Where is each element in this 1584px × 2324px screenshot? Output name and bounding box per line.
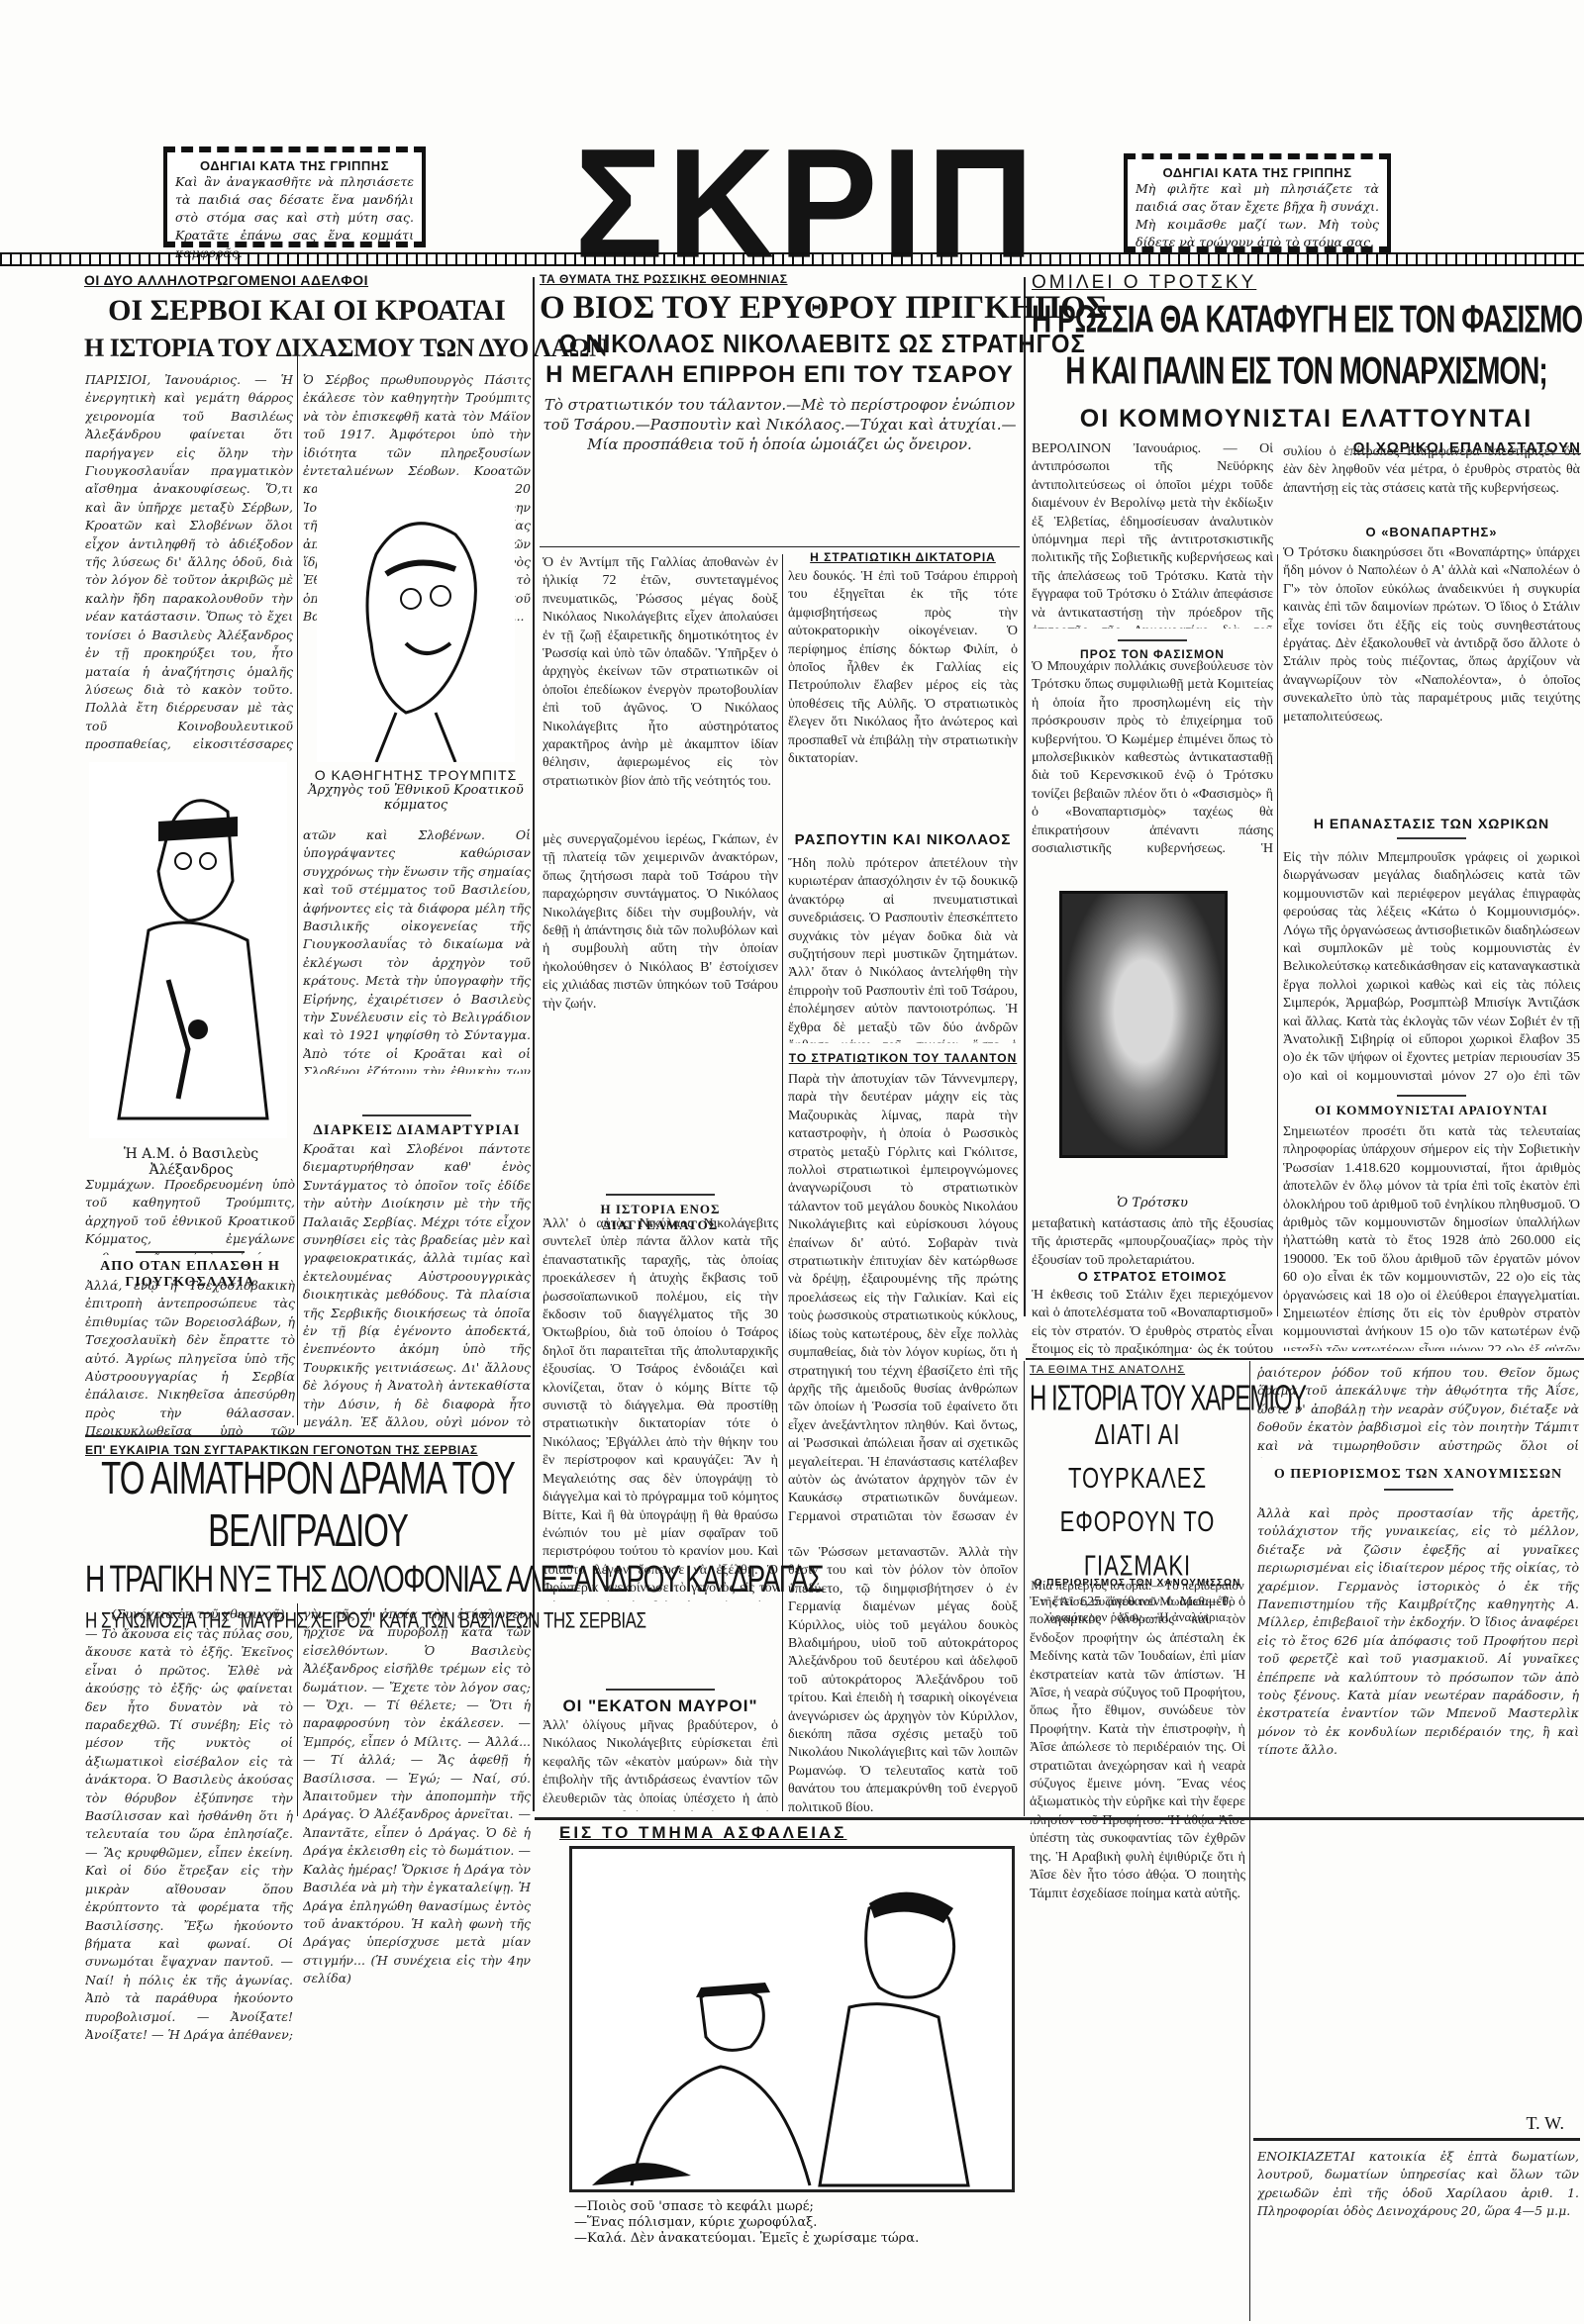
flu-advice-box-left: ΟΔΗΓΙΑΙ ΚΑΤΑ ΤΗΣ ΓΡΙΠΠΗΣ Καὶ ἂν ἀναγκασθ… [163,146,426,247]
article-body: Ἤδη πολὺ πρότερον ἀπετέλουν τὴν κυριωτέρ… [788,855,1018,1043]
section-heading: ΔΙΑΡΚΕΙΣ ΔΙΑΜΑΡΤΥΡΙΑΙ [303,1109,531,1143]
article-body: Ἐν ἔτει 625 ἀπέθανεν ὁ Μωαμέθ, ὁ πολυγαμ… [1030,1594,1245,2316]
column-rule [297,1603,298,1816]
section-heading: ΟΙ "ΕΚΑΤΟΝ ΜΑΥΡΟΙ" [543,1683,778,1718]
section-heading: ΟΙ ΚΟΜΜΟΥΝΙΣΤΑΙ ΑΡΑΙΟΥΝΤΑΙ [1283,1089,1580,1120]
cartoon-title-block: ΕΙΣ ΤΟ ΤΜΗΜΑ ΑΣΦΑΛΕΙΑΣ [559,1823,1015,1843]
article-body: — Τὸ ἄκουσα εἰς τὰς πύλας σου, ἄκουσε κα… [85,1625,293,2308]
article-subheadline: Η ΙΣΤΟΡΙΑ ΤΟΥ ΔΙΧΑΣΜΟΥ ΤΩΝ ΔΥΟ ΛΑΩΝ [84,334,530,363]
dialogue-line: —Ἕνας πόλισμαν, κύριε χωροφύλαξ. [574,2215,1020,2231]
cartoon-title: ΕΙΣ ΤΟ ΤΜΗΜΑ ΑΣΦΑΛΕΙΑΣ [559,1823,1015,1843]
article-kicker: ΟΙ ΔΥΟ ΑΛΛΗΛΟΤΡΩΓΟΜΕΝΟΙ ΑΔΕΛΦΟΙ [84,272,530,288]
cartoon-dialogue: —Ποιὸς σοῦ 'σπασε τὸ κεφάλι μωρέ; —Ἕνας … [574,2199,1020,2247]
section-heading: ΡΑΣΠΟΥΤΙΝ ΚΑΙ ΝΙΚΟΛΑΟΣ [788,829,1018,850]
divider [362,1114,471,1116]
flu-advice-body: Καὶ ἂν ἀναγκασθῆτε νὰ πλησιάσετε τὰ παιδ… [175,173,414,262]
red-prince-article: ΤΑ ΘΥΜΑΤΑ ΤΗΣ ΡΩΣΣΙΚΗΣ ΘΕΟΜΗΝΙΑΣ Ο ΒΙΟΣ … [540,272,1020,454]
section-rule [540,546,1020,547]
section-rule [85,1435,531,1437]
article-body: μὲς συνεργαζομένου ἱερέως, Γκάπων, ἐν τῇ… [543,831,778,1079]
section-heading: Η ΣΤΡΑΤΙΩΤΙΚΗ ΔΙΚΤΑΤΟΡΙΑ [788,550,1018,566]
section-title: Ο ΠΕΡΙΟΡΙΣΜΟΣ ΤΩΝ ΧΑΝΟΥΜΙΣΣΩΝ [1030,1578,1245,1589]
article-deck: Τὸ στρατιωτικόν του τάλαντον.—Μὲ τὸ περί… [540,395,1020,454]
article-body: Συμμάχων. Προεδρευομένη ὑπὸ τοῦ καθηγητο… [85,1176,295,1255]
trotsky-photo [1059,891,1228,1158]
article-body: Ἀλλ' ὁ αὐτὸς Νικόλαος Νικολάγεβιτς συντε… [543,1215,778,1601]
column-rule [297,346,298,1425]
article-body: Ἀλλά, ἐνῷ ἡ Τσεχοσλοβακικὴ ἐπιτροπὴ ἀντε… [85,1277,295,1435]
divider [1384,1489,1453,1491]
section-title: ΡΑΣΠΟΥΤΙΝ ΚΑΙ ΝΙΚΟΛΑΟΣ [788,831,1018,848]
serbs-croats-article: ΟΙ ΔΥΟ ΑΛΛΗΛΟΤΡΩΓΟΜΕΝΟΙ ΑΔΕΛΦΟΙ ΟΙ ΣΕΡΒΟ… [84,272,530,363]
section-rule [1253,2138,1580,2141]
police-cartoon [569,1846,1015,2192]
trotsky-article: ΟΜΙΛΕΙ Ο ΤΡΟΤΣΚΥ Η ΡΩΣΣΙΑ ΘΑ ΚΑΤΑΦΥΓΗ ΕΙ… [1032,272,1581,456]
dialogue-line: —Ποιὸς σοῦ 'σπασε τὸ κεφάλι μωρέ; [574,2199,1020,2215]
masthead-border [0,252,1584,266]
divider [1397,837,1466,839]
photo-caption: Ὁ Τρότσκυ [1032,1196,1273,1210]
article-headline: ΤΟ ΑΙΜΑΤΗΡΟΝ ΔΡΑΜΑ ΤΟΥ ΒΕΛΙΓΡΑΔΙΟΥ [85,1452,531,1557]
column-rule [1024,1361,1025,1816]
section-heading: Ο ΣΤΡΑΤΟΣ ΕΤΟΙΜΟΣ [1032,1267,1273,1286]
article-body: Ὁ Τρότσκυ διακηρύσσει ὅτι «Βοναπάρτης» ὑ… [1283,544,1580,812]
article-body: μεταβατικὴ κατάστασις ἀπὸ τῆς ἐξουσίας τ… [1032,1215,1273,1275]
section-title: Ο ΠΕΡΙΟΡΙΣΜΟΣ ΤΩΝ ΧΑΝΟΥΜΙΣΣΩΝ [1257,1467,1579,1483]
article-body: Σημειωτέον προσέτι ὅτι κατὰ τὰς τελευταί… [1283,1123,1580,1351]
article-headline: Ο ΒΙΟΣ ΤΟΥ ΕΡΥΘΡΟΥ ΠΡΙΓΚΗΠΟΣ [540,290,1020,327]
section-title: ΤΟ ΣΤΡΑΤΙΩΤΙΚΟΝ ΤΟΥ ΤΑΛΑΝΤΟΝ [788,1051,1018,1065]
article-body: λευ δουκός. Ἡ ἐπὶ τοῦ Τσάρου ἐπιρροὴ του… [788,568,1018,825]
flu-advice-box-right: ΟΔΗΓΙΑΙ ΚΑΤΑ ΤΗΣ ΓΡΙΠΠΗΣ Μὴ φιλῆτε καὶ μ… [1124,153,1391,252]
section-rule [1026,1358,1584,1360]
belgrade-drama-article: ΕΠ' ΕΥΚΑΙΡΙΑ ΤΩΝ ΣΥΓΤΑΡΑΚΤΙΚΩΝ ΓΕΓΟΝΟΤΩΝ… [85,1443,531,1631]
article-subheadline: Η ΤΡΑΓΙΚΗ ΝΥΞ ΤΗΣ ΔΟΛΟΦΟΝΙΑΣ ΑΛΕΞΑΝΔΡΟΥ … [85,1558,531,1600]
divider [1118,639,1187,641]
dialogue-line: —Καλά. Δὲν ἀνακατεύομαι. Ἐμεῖς ἐ χωρίσαμ… [574,2231,1020,2247]
article-body: Παρὰ τὴν ἀποτυχίαν τῶν Τάννενμπεργ, παρὰ… [788,1071,1018,1526]
article-body: ατῶν καὶ Σλοβένων. Οἱ ὑπογράψαντες καθώρ… [303,826,531,1074]
divider [606,1689,715,1691]
section-heading: Η ΕΠΑΝΑΣΤΑΣΙΣ ΤΩΝ ΧΩΡΙΚΩΝ [1283,814,1580,845]
article-subheadline: ΔΙΑΤΙ ΑΙ ΤΟΥΡΚΑΛΕΣ ΕΦΟΡΟΥΝ ΤΟ ΓΙΑΣΜΑΚΙ [1030,1413,1245,1589]
divider [136,1251,245,1253]
section-title: ΟΙ "ΕΚΑΤΟΝ ΜΑΥΡΟΙ" [543,1696,778,1716]
article-kicker: ΤΑ ΕΘΙΜΑ ΤΗΣ ΑΝΑΤΟΛΗΣ [1030,1364,1245,1376]
section-heading: Ο ΠΕΡΙΟΡΙΣΜΟΣ ΤΩΝ ΧΑΝΟΥΜΙΣΣΩΝ [1030,1576,1245,1591]
trumbic-caricature [317,475,515,762]
section-heading: Ο ΠΕΡΙΟΡΙΣΜΟΣ ΤΩΝ ΧΑΝΟΥΜΙΣΣΩΝ [1257,1465,1579,1497]
column-rule [782,554,783,1811]
section-title: ΔΙΑΡΚΕΙΣ ΔΙΑΜΑΡΤΥΡΙΑΙ [303,1122,531,1139]
king-alexander-portrait [89,762,287,1138]
article-subheadline: Ο ΝΙΚΟΛΑΟΣ ΝΙΚΟΛΑΕΒΙΤΣ ΩΣ ΣΤΡΑΤΗΓΟΣ [558,329,1000,359]
article-kicker: ΤΑ ΘΥΜΑΤΑ ΤΗΣ ΡΩΣΣΙΚΗΣ ΘΕΟΜΗΝΙΑΣ [540,272,1020,286]
article-body: Εἰς τὴν πόλιν Μπεμπρουΐσκ γράφεις οἱ χωρ… [1283,849,1580,1087]
king-caption-block: Ἡ Α.Μ. ὁ Βασιλεὺς Ἀλέξανδρος [87,1146,295,1178]
article-body: γὴν τῆς ἡ ὁποία τὴν ἐτύφλωνεν, ἤρχισε νὰ… [303,1605,531,2308]
continued-note: (Συνέχεια ἐκ τοῦ χθεσινοῦ) [99,1605,297,1623]
article-body: Ἀλλ' ὀλίγους μῆνας βραδύτερον, ὁ Νικόλαο… [543,1717,778,1811]
flu-advice-body: Μὴ φιλῆτε καὶ μὴ πλησιάζετε τὰ παιδιά σα… [1136,180,1379,251]
article-headline: ΟΙ ΣΕΡΒΟΙ ΚΑΙ ΟΙ ΚΡΟΑΤΑΙ [84,294,530,328]
article-subheadline: ΟΙ ΚΟΜΜΟΥΝΙΣΤΑΙ ΕΛΑΤΤΟΥΝΤΑΙ [1032,405,1581,434]
author-signature: Τ. W. [1257,2113,1564,2134]
column-rule [1024,277,1026,1316]
article-body: ΒΕΡΟΛΙΝΟΝ Ἰανουάριος. — Οἱ ἀντιπρόσωποι … [1032,440,1273,629]
article-body: ῥαιότερον ῥόδον τοῦ κήπου του. Θεῖον ὅμω… [1257,1364,1579,1458]
classified-ad: ΕΝΟΙΚΙΑΖΕΤΑΙ κατοικία ἐξ ἑπτὰ δωματίων, … [1257,2148,1579,2242]
section-title: Η ΕΠΑΝΑΣΤΑΣΙΣ ΤΩΝ ΧΩΡΙΚΩΝ [1283,816,1580,831]
section-title: Ο ΣΤΡΑΤΟΣ ΕΤΟΙΜΟΣ [1032,1269,1273,1284]
section-heading: Ο «ΒΟΝΑΠΑΡΤΗΣ» [1283,523,1580,541]
article-body: ΠΑΡΙΣΙΟΙ, Ἰανουάριος. — Ἡ ἐνεργητικὴ καὶ… [85,371,293,752]
flu-advice-title: ΟΔΗΓΙΑΙ ΚΑΤΑ ΤΗΣ ΓΡΙΠΠΗΣ [1136,165,1379,180]
divider [606,1194,715,1196]
article-kicker: ΟΜΙΛΕΙ Ο ΤΡΟΤΣΚΥ [1032,272,1581,294]
caption-name: Ο ΚΑΘΗΓΗΤΗΣ ΤΡΟΥΜΠΙΤΣ [302,767,530,783]
article-headline: Η ΡΩΣΣΙΑ ΘΑ ΚΑΤΑΦΥΓΗ ΕΙΣ ΤΟΝ ΦΑΣΙΣΜΟΝ, [1032,298,1581,342]
column-rule [1277,554,1278,1316]
article-body: Ὁ Μπουχάριν πολλάκις συνεβούλευσε τὸν Τρ… [1032,658,1273,856]
article-subheadline-2: Η ΜΕΓΑΛΗ ΕΠΙΡΡΟΗ ΕΠΙ ΤΟΥ ΤΣΑΡΟΥ [540,361,1020,389]
article-body: συλίου ὁ ἐπίτροπος Κλῆμφανερά ὑπεστήριξε… [1283,443,1580,523]
section-title: Ο «ΒΟΝΑΠΑΡΤΗΣ» [1283,525,1580,539]
king-caption: Ἡ Α.Μ. ὁ Βασιλεὺς Ἀλέξανδρος [87,1146,295,1178]
trumbic-caption: Ο ΚΑΘΗΓΗΤΗΣ ΤΡΟΥΜΠΙΤΣ Ἀρχηγὸς τοῦ Ἐθνικο… [302,767,530,813]
caption-role: Ἀρχηγὸς τοῦ Ἐθνικοῦ Κροατικοῦ κόμματος [302,783,530,813]
article-body: τῶν Ῥώσσων μεταναστῶν. Ἀλλὰ τὴν θέσιν το… [788,1544,1018,1811]
section-heading: ΤΟ ΣΤΡΑΤΙΩΤΙΚΟΝ ΤΟΥ ΤΑΛΑΝΤΟΝ [788,1049,1018,1067]
column-rule [1249,1361,1250,2321]
section-title: ΟΙ ΚΟΜΜΟΥΝΙΣΤΑΙ ΑΡΑΙΟΥΝΤΑΙ [1283,1103,1580,1118]
divider [1397,1095,1466,1097]
article-headline-2: Η ΚΑΙ ΠΑΛΙΝ ΕΙΣ ΤΟΝ ΜΟΝΑΡΧΙΣΜΟΝ; [1032,349,1581,394]
article-body: Ἀλλὰ καὶ πρὸς προστασίαν τῆς ἀρετῆς, τοὐ… [1257,1504,1579,2123]
article-body: Κροᾶται καὶ Σλοβένοι πάντοτε διεμαρτυρήθ… [303,1140,531,1427]
article-body: Ἡ ἐκθεσις τοῦ Στάλιν ἔχει περιεχόμενον κ… [1032,1287,1273,1358]
section-title: Η ΣΤΡΑΤΙΩΤΙΚΗ ΔΙΚΤΑΤΟΡΙΑ [788,550,1018,564]
flu-advice-title: ΟΔΗΓΙΑΙ ΚΑΤΑ ΤΗΣ ΓΡΙΠΠΗΣ [175,158,414,173]
